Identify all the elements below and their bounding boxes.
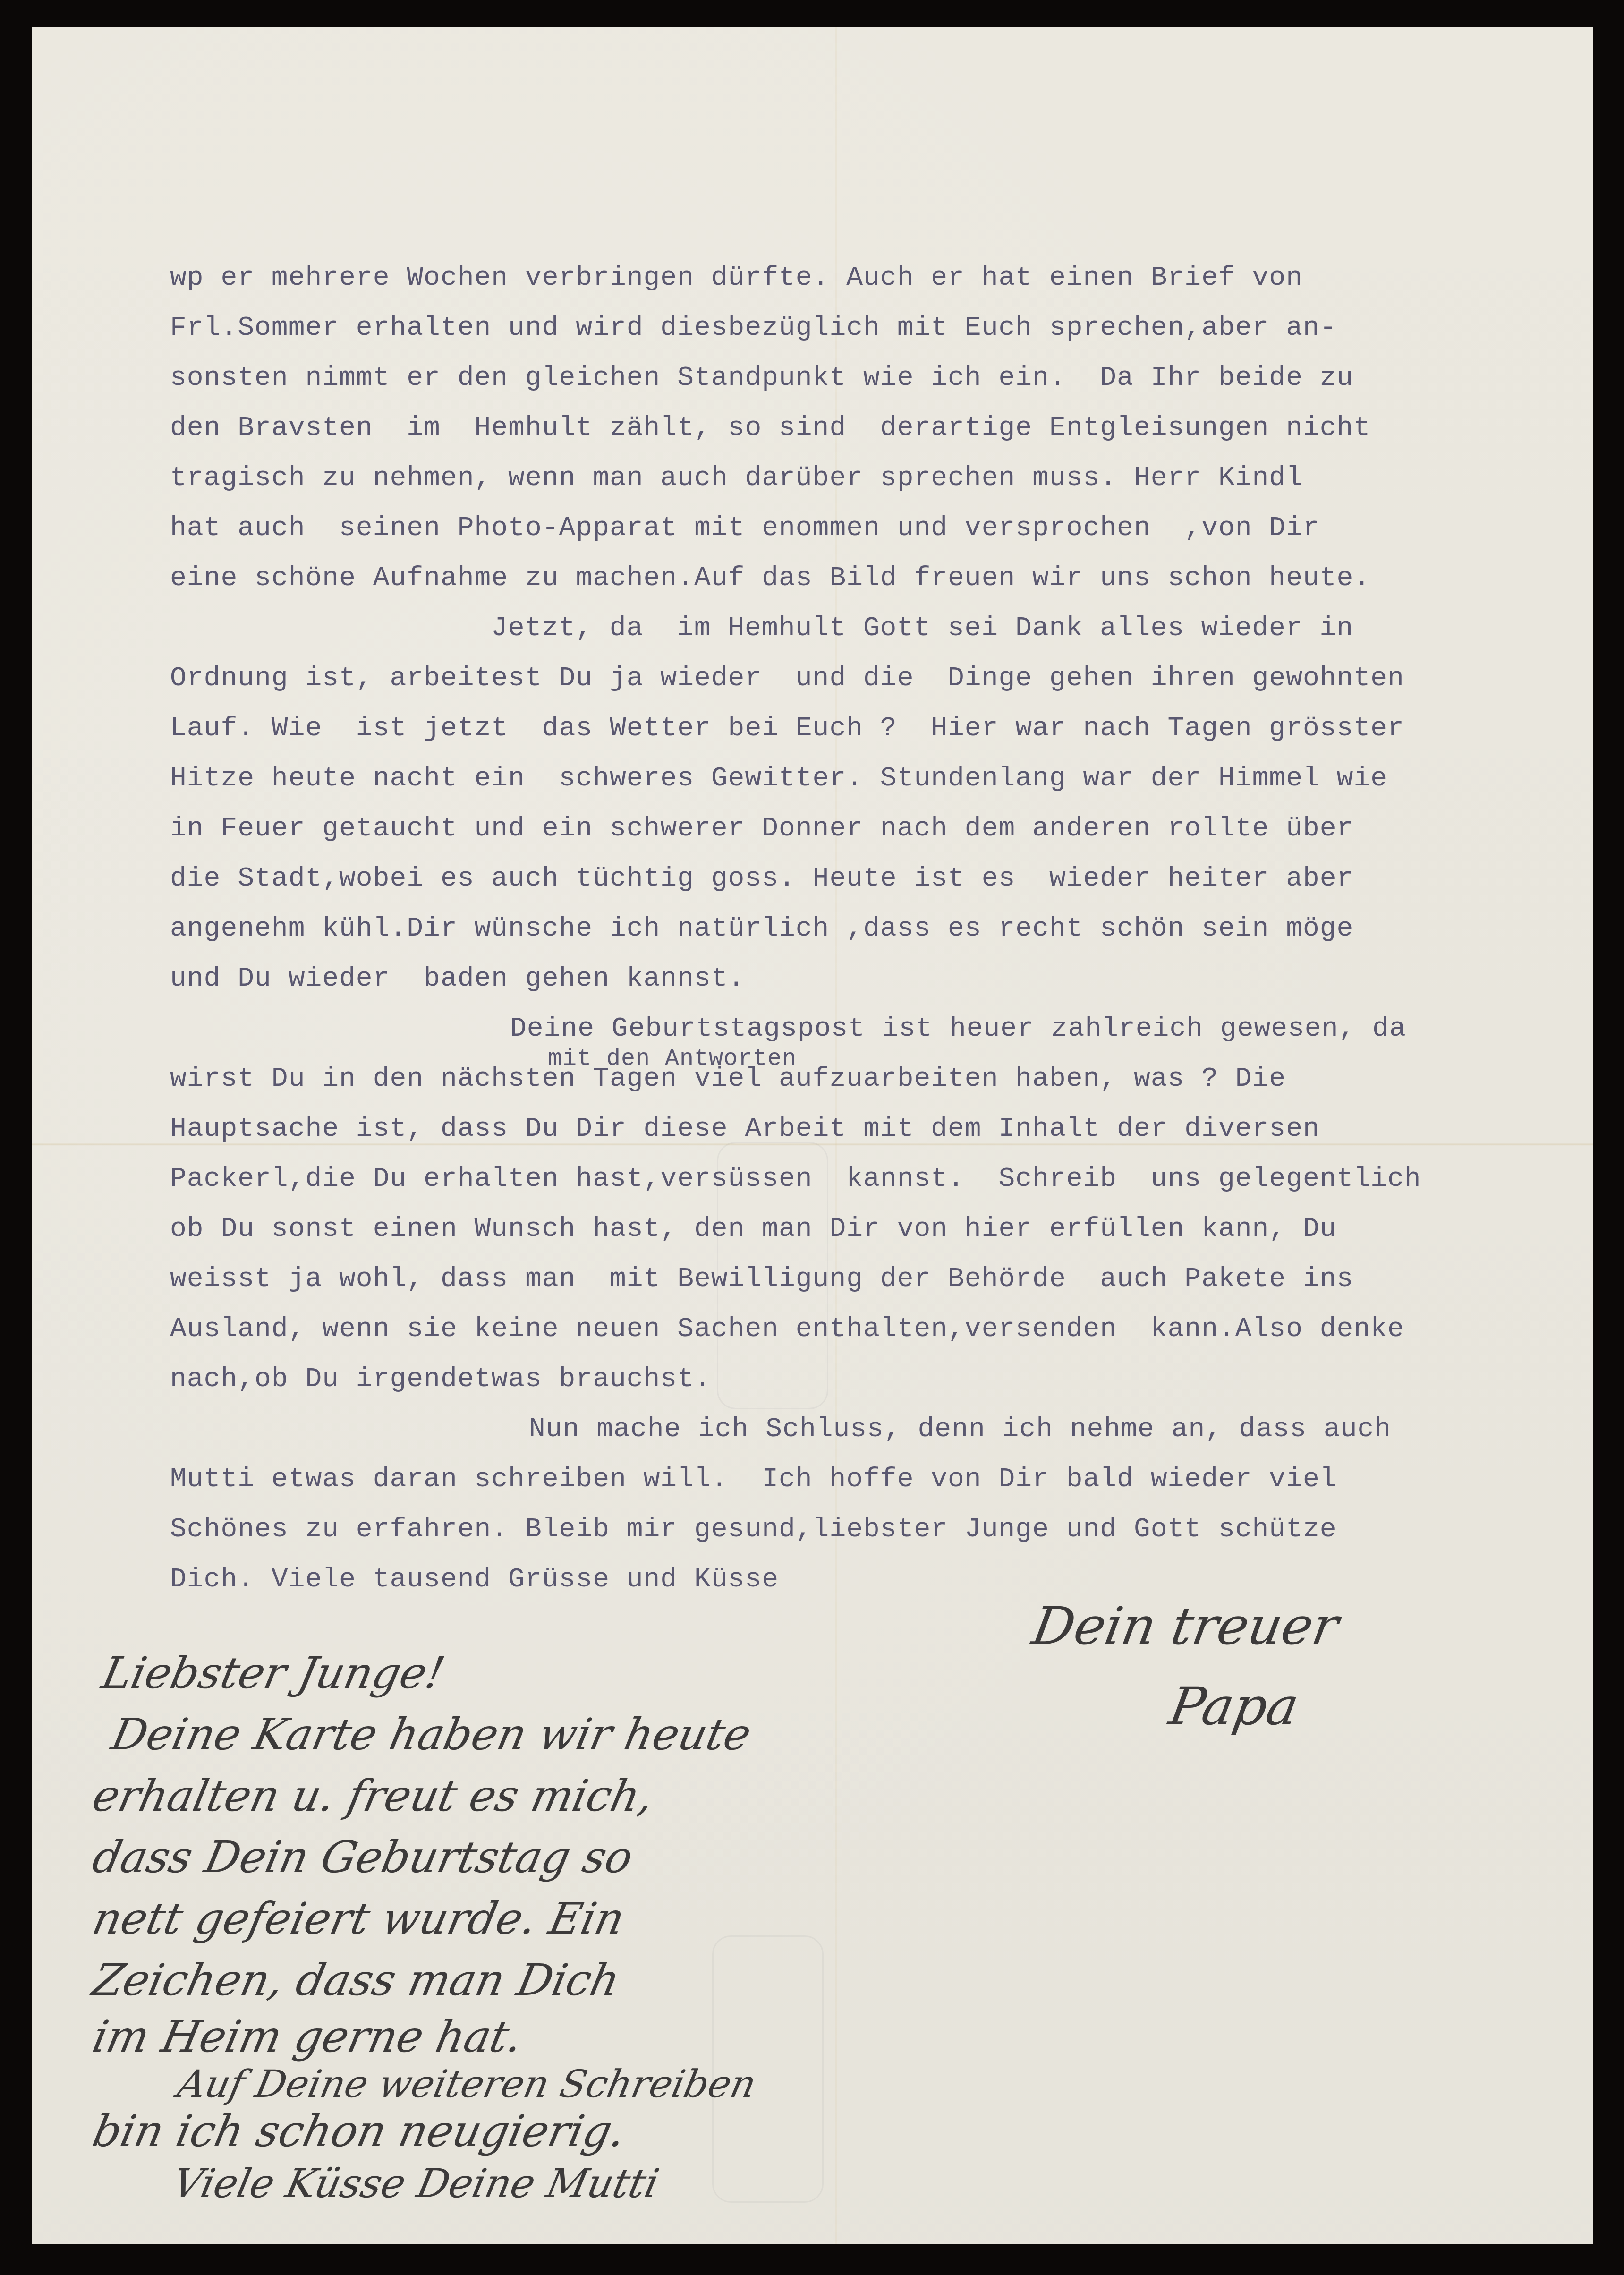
typed-line: Packerl,die Du erhalten hast,versüssen k… (170, 1163, 1421, 1196)
typed-line: den Bravsten im Hemhult zählt, so sind d… (170, 412, 1370, 445)
typed-line: nach,ob Du irgendetwas brauchst. (170, 1363, 711, 1396)
postscript-line: dass Dein Geburtstag so (88, 1832, 638, 1883)
letter-page: wp er mehrere Wochen verbringen dürfte. … (32, 27, 1593, 2244)
typed-line: hat auch seinen Photo-Apparat mit enomme… (170, 512, 1320, 545)
postscript-line: Liebster Junge! (97, 1647, 449, 1699)
typed-line: Lauf. Wie ist jetzt das Wetter bei Euch … (170, 712, 1404, 745)
typed-line: und Du wieder baden gehen kannst. (170, 963, 745, 996)
typed-line: Schönes zu erfahren. Bleib mir gesund,li… (170, 1513, 1337, 1546)
typed-line-indented: Nun mache ich Schluss, denn ich nehme an… (529, 1413, 1391, 1446)
typed-line: Mutti etwas daran schreiben will. Ich ho… (170, 1463, 1337, 1496)
typed-line: Frl.Sommer erhalten und wird diesbezügli… (170, 312, 1337, 345)
typed-line: die Stadt,wobei es auch tüchtig goss. He… (170, 862, 1353, 895)
signature-closing: Dein treuer (1028, 1595, 1343, 1657)
typed-line: Dich. Viele tausend Grüsse und Küsse (170, 1563, 779, 1596)
typed-line-indented: Jetzt, da im Hemhult Gott sei Dank alles… (491, 612, 1353, 645)
typed-line: Ausland, wenn sie keine neuen Sachen ent… (170, 1313, 1404, 1346)
mutti-handwritten-postscript: Liebster Junge! Deine Karte haben wir he… (32, 27, 42, 135)
postscript-line: Zeichen, dass man Dich (88, 1954, 624, 2006)
typed-line: eine schöne Aufnahme zu machen.Auf das B… (170, 562, 1370, 595)
typed-line: in Feuer getaucht und ein schwerer Donne… (170, 812, 1353, 845)
postscript-line: Deine Karte haben wir heute (107, 1709, 756, 1761)
typed-line: Hitze heute nacht ein schweres Gewitter.… (170, 762, 1387, 795)
postscript-line: erhalten u. freut es mich, (88, 1770, 659, 1822)
postscript-line: Viele Küsse Deine Mutti (168, 2157, 663, 2209)
signature-name: Papa (1165, 1676, 1304, 1737)
postscript-line: bin ich schon neugierig. (88, 2105, 630, 2157)
typed-line: Hauptsache ist, dass Du Dir diese Arbeit… (170, 1113, 1320, 1146)
postscript-line: Auf Deine weiteren Schreiben (173, 2058, 761, 2110)
typed-line: sonsten nimmt er den gleichen Standpunkt… (170, 362, 1353, 395)
postscript-line: im Heim gerne hat. (88, 2011, 527, 2063)
typed-line: weisst ja wohl, dass man mit Bewilligung… (170, 1263, 1353, 1296)
typed-line: tragisch zu nehmen, wenn man auch darübe… (170, 462, 1303, 495)
typed-line: wp er mehrere Wochen verbringen dürfte. … (170, 262, 1303, 295)
typed-line-indented: Deine Geburtstagspost ist heuer zahlreic… (510, 1013, 1406, 1046)
typed-line: ob Du sonst einen Wunsch hast, den man D… (170, 1213, 1337, 1246)
typed-line: Ordnung ist, arbeitest Du ja wieder und … (170, 662, 1404, 695)
typed-line: wirst Du in den nächsten Tagen viel aufz… (170, 1063, 1286, 1096)
postscript-line: nett gefeiert wurde. Ein (88, 1893, 629, 1945)
typed-line: angenehm kühl.Dir wünsche ich natürlich … (170, 912, 1353, 946)
